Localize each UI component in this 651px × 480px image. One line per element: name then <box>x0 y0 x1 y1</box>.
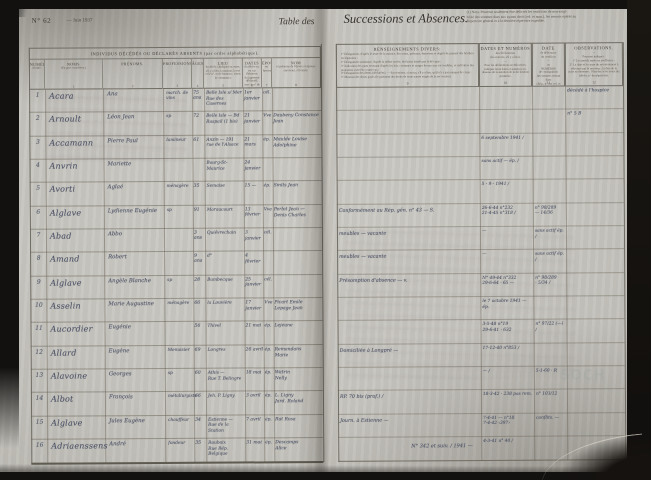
cell-firstnames: Robert <box>108 254 164 260</box>
scanner-bed-left <box>0 0 19 448</box>
page-title: Successions et Absences. <box>344 11 468 27</box>
cell-surname: Alavoine <box>51 371 105 380</box>
cell-age: 35 <box>194 184 206 189</box>
printed-nota: (1) Nota. Pourront seulement être délivr… <box>467 9 624 24</box>
scan-viewport: N° 62 — Juin 1937 Table des Successions … <box>0 0 651 480</box>
cell-death-place: Bourg-St-Maurice <box>207 161 244 172</box>
cell-remarks-extra <box>409 93 529 94</box>
cell-age: 75 ans <box>193 91 205 101</box>
cell-spouse-name: Picart Emile Lepage Jean <box>274 300 322 312</box>
cell-remarks: meubles — vacante <box>339 231 475 237</box>
sheet-content: N° 62 — Juin 1937 Table des Successions … <box>0 0 651 480</box>
cell-spouse-status: ép. <box>265 417 275 422</box>
table-body: 1 Acara Ana march. de vins 75 ans Belle … <box>29 86 625 463</box>
cell-surname: Alglave <box>51 418 105 427</box>
cell-death-date: 7 avril <box>246 417 264 423</box>
cell-declaration-dates: 5 - 9 - 1941 ∕ <box>482 182 532 188</box>
cell-remarks <box>339 184 475 185</box>
cell-surname: Accamann <box>49 138 103 147</box>
cell-remarks <box>338 138 474 139</box>
cell-ordinal: 16 <box>32 442 47 449</box>
cell-spouse-name: Remandans Marie <box>275 347 323 359</box>
column-subtext: (En gros caractères.) <box>45 66 102 70</box>
column-header: NOM et prénoms de l'époux ou épouse surv… <box>272 58 320 88</box>
bleed-through-text: SOCH <box>561 368 606 383</box>
cell-death-place: Bambecque <box>207 277 244 283</box>
cell-ordinal: 8 <box>31 255 46 262</box>
cell-declaration-dates: 18-3-42 · 238 pas rem. <box>483 392 533 398</box>
cell-death-date: 1er janvier <box>244 90 262 101</box>
cell-spouse-status: Vve <box>264 300 274 305</box>
column-footnote: 4 <box>192 84 203 88</box>
cell-ordinal: 11 <box>32 325 47 332</box>
cell-firstnames: Eugène <box>109 348 165 354</box>
cell-age: 56 <box>195 324 207 329</box>
cell-death-place: d° <box>207 254 244 260</box>
cell-profession: sp <box>168 371 194 377</box>
column-header: LIEU du décès. (Indiquer en outre, s'il … <box>204 59 243 89</box>
cell-firstnames: Eugénie <box>109 324 165 330</box>
cell-profession: lamineur <box>166 137 192 143</box>
cell-death-date: 17 janvier <box>245 300 263 311</box>
column-subtext: et prénoms de l'époux ou épouse survivan… <box>272 65 320 72</box>
cell-death-date: 26 avril <box>246 347 264 353</box>
column-label: PRÉNOMS. <box>103 61 162 66</box>
cell-age: 66 <box>194 301 206 306</box>
cell-spouse-status: ép. <box>263 137 273 142</box>
cell-age: 34 <box>195 418 207 423</box>
cell-death-date: 3 avril <box>246 394 264 400</box>
cell-death-date: 21 mai <box>246 324 264 330</box>
cell-death-place: Anzin — 191 rue de l'Alsace <box>206 137 243 148</box>
cell-death-date: 3 janvier <box>245 230 263 241</box>
left-column-headers: NUMÉRO d'ordre. NOMS (En gros caractères… <box>30 58 320 90</box>
cell-firstnames: Pierre Paul <box>107 138 163 144</box>
cell-ordinal: 3 <box>30 138 45 145</box>
column-label: ÂGES. <box>192 61 203 66</box>
cell-death-date: 31 mai <box>246 441 264 447</box>
column-label: PROFESSIONS. <box>163 61 191 66</box>
cell-surname: Alglave <box>50 208 104 217</box>
cell-certificate-date: conflits. — <box>536 415 566 421</box>
cell-age: 72 <box>193 114 205 119</box>
cell-remarks: Journ. à Estienne — <box>340 418 476 424</box>
cell-certificate-date: n° 98∕289 · 5∕34 ∕ <box>535 275 565 286</box>
cell-profession: ménagère <box>167 301 193 307</box>
cell-spouse-name: Perlot Jean — Denis Charles <box>274 207 322 219</box>
cell-certificate-date: n° 97∕22 (—) ∕ <box>536 322 566 333</box>
cell-death-place: Jeh. P. Ligny <box>208 394 245 400</box>
cell-observations: décédé à l'hospice <box>567 88 621 93</box>
cell-remarks: meubles — vacante <box>339 254 475 260</box>
cell-declaration-dates: — ∕ <box>483 369 533 375</box>
cell-firstnames: François <box>109 394 165 400</box>
cell-death-place: Longres <box>208 347 245 353</box>
cell-profession: fondeur <box>168 441 194 447</box>
cell-surname: Adriaenssens <box>51 442 105 451</box>
cell-ordinal: 13 <box>32 372 47 379</box>
column-footnote: 6 <box>243 83 261 87</box>
column-subtext: des déclarations (les renvois, s'il y a … <box>480 51 531 81</box>
cell-death-date: 15 — <box>245 184 263 190</box>
document-number: N° 62 <box>32 17 52 25</box>
cell-declaration-dates: sans actif — ép. ∕ <box>482 159 532 165</box>
cell-age: 60 <box>195 371 207 376</box>
cell-profession: ménagère <box>167 184 193 190</box>
cell-ordinal: 10 <box>31 302 46 309</box>
cell-spouse-name: Smits Jean <box>274 183 322 189</box>
column-footnote: 2 <box>103 84 162 88</box>
cell-profession: sp <box>167 278 193 284</box>
cell-profession: Menuisier <box>168 348 194 354</box>
cell-firstnames: Aglaé <box>108 184 164 190</box>
cell-remarks <box>340 441 476 442</box>
cell-death-place: Belle Isle s/ Mer Rue des Casernes <box>206 91 243 108</box>
cell-remarks <box>338 114 474 115</box>
cell-firstnames: Mariette <box>108 161 164 167</box>
cell-profession: métallurgiste <box>168 394 194 400</box>
header-renseignements: RENSEIGNEMENTS DIVERS: 1° Désignation, d… <box>336 43 479 88</box>
cell-age: 9 ans <box>194 254 206 264</box>
cell-declaration-dates: — <box>482 252 532 258</box>
cell-ordinal: 14 <box>32 395 47 402</box>
cell-death-date: 24 janvier <box>245 160 263 171</box>
column-subtext: ou épouse. <box>262 65 271 72</box>
cell-spouse-status: ép. <box>264 184 274 189</box>
cell-profession: chauffeur <box>168 418 194 424</box>
cell-declaration-dates: 26-6-44 n°232 21-4-45 n°318 ∕ <box>482 205 532 216</box>
cell-firstnames: Marie Augustine <box>108 301 164 307</box>
cell-ordinal: 6 <box>31 208 46 215</box>
scanner-bed-right <box>627 0 651 480</box>
cell-spouse-status: cél. <box>264 230 274 235</box>
cell-ordinal: 1 <box>30 92 45 99</box>
cell-declaration-dates: 7-4-41 — n°18 7-4-42 ‹397› <box>483 416 533 427</box>
cell-remarks <box>339 301 475 302</box>
cell-age: 69 <box>195 348 207 353</box>
page-corner-shadow <box>0 9 36 17</box>
cell-remarks <box>339 161 475 162</box>
cell-death-date: 13 février <box>245 207 263 218</box>
cell-spouse-status: ép. <box>265 440 275 445</box>
column-subtext: d'ordre. <box>30 67 44 71</box>
cell-surname: Allard <box>51 348 105 357</box>
cell-ordinal: 7 <box>31 232 46 239</box>
cell-declaration-dates: le 7 octobre 1941 — ép. <box>482 299 532 310</box>
cell-age: 91 <box>194 207 206 212</box>
cell-firstnames: Georges <box>109 371 165 377</box>
cell-firstnames: Jules Eugène <box>109 418 165 424</box>
header-date-certificat: DATE de délivrance du certificat — ou NU… <box>532 43 565 87</box>
cell-surname: Abad <box>50 231 104 240</box>
cell-remarks: Conformément au Rép. gén. n° 43 — S. <box>339 208 475 214</box>
cell-spouse-name: Rat Rosa <box>275 417 323 423</box>
page-title-left: Table des <box>279 17 315 27</box>
cell-death-date: 25 janvier <box>245 277 263 288</box>
cell-death-place: Thivel <box>208 324 245 330</box>
column-footnote: 1 <box>45 84 102 88</box>
column-header: PRÉNOMS. 2 <box>103 59 163 89</box>
cell-ordinal: 9 <box>31 278 46 285</box>
cell-remarks: Domiciliée à Longpré — <box>340 348 476 354</box>
cell-surname: Asselin <box>50 301 104 310</box>
column-footnote: 3 <box>163 84 191 88</box>
cell-declaration-dates: — <box>482 229 532 235</box>
cell-surname: Amand <box>50 255 104 264</box>
cell-certificate-date: sans actif ép. ∕ <box>535 252 565 263</box>
cell-spouse-status: Vve <box>263 114 273 119</box>
cell-profession: sp <box>167 208 193 214</box>
cell-remarks <box>338 91 474 92</box>
left-table-header: INDIVIDUS DÉCÉDÉS OU DÉCLARÉS ABSENTS (p… <box>29 46 321 90</box>
cell-surname: Alglave <box>50 278 104 287</box>
column-footnote: 5 <box>204 84 242 88</box>
cell-firstnames: Ana <box>107 91 163 97</box>
cell-spouse-name: Watrin Nelly <box>275 370 323 382</box>
cell-death-place: Quiévrechain <box>207 231 244 237</box>
column-footnote: 9 <box>337 81 478 86</box>
scanner-bed-top <box>0 0 651 9</box>
column-subtext: du décès. (Indiquer en outre, s'il y a l… <box>204 66 242 81</box>
cell-death-place: Maraucourt <box>207 207 244 213</box>
column-footnote: 8 <box>272 83 320 87</box>
cell-ordinal: 4 <box>31 162 46 169</box>
column-footnote: 11 <box>533 81 564 85</box>
cell-remarks: RP. 70 bis (prof.) ∕ <box>340 395 476 401</box>
cell-certificate-date: n° 98∕289 — 14∕36 <box>535 205 565 216</box>
cell-spouse-name: Maulde Louise Adolphine <box>273 137 321 149</box>
cell-death-place: Semaise <box>207 184 244 190</box>
column-subtext: 1° Désignation, d'après le texte de la m… <box>337 51 478 81</box>
cell-ordinal: 5 <box>31 185 46 192</box>
cell-certificate-date: n° 103∕12 <box>536 392 566 398</box>
cell-remarks: Présomption d'absence — v. <box>339 278 475 284</box>
cell-death-date: 4 février <box>245 254 263 265</box>
cell-surname: Arnoult <box>49 115 103 124</box>
cell-firstnames: André <box>109 441 165 447</box>
cell-ordinal: 12 <box>32 348 47 355</box>
cell-certificate-date: sans actif ép. ∕ <box>535 229 565 240</box>
cell-death-place: Estienne — Rue de la Station <box>208 417 245 434</box>
cell-age: 66 <box>195 394 207 399</box>
header-dates-numeros: DATES ET NUMÉROS des déclarations (les r… <box>479 43 532 87</box>
cell-spouse-status: cél. <box>263 90 273 95</box>
cell-spouse-name: Lejeune <box>275 323 323 329</box>
cell-spouse-status: cél. <box>264 277 274 282</box>
cell-spouse-status: ép. <box>265 324 275 329</box>
column-header: ÉPOUX ou épouse. 7 <box>262 58 272 88</box>
column-footnote: 10 <box>480 81 531 85</box>
cell-death-date: 18 mai <box>246 371 264 377</box>
column-header: DATES du décès ou, en cas d'absence, du … <box>243 58 262 88</box>
cell-surname: Aucordier <box>51 325 105 334</box>
cell-profession: sp <box>166 114 192 120</box>
cell-firstnames: Abbo <box>108 231 164 237</box>
cell-spouse-status: ép. <box>265 394 275 399</box>
cell-death-place: Belle Isle — Bd Raspail (1 bis) <box>206 114 243 125</box>
cell-spouse-name: Descamps Alice <box>275 440 323 452</box>
cell-declaration-dates: N° 49-44 n°332 29-6-64 · 65 — <box>482 275 532 286</box>
cell-profession: march. de vins <box>166 91 192 102</box>
cell-age: 61 <box>193 137 205 142</box>
column-footnote: 7 <box>262 83 271 87</box>
column-header: NOMS (En gros caractères.) 1 <box>45 59 103 89</box>
document-period: — Juin 1937 <box>67 18 93 23</box>
column-subtext: — Pourront indiquer : 1° Les motifs rest… <box>566 50 622 80</box>
cell-spouse-name: Daubeny Constance Jean <box>273 113 321 125</box>
cell-age: 3 ans <box>194 231 206 241</box>
cell-age: 35 <box>195 441 207 446</box>
cell-firstnames: Léon Jean <box>107 114 163 120</box>
column-header: NUMÉRO d'ordre. <box>30 60 45 90</box>
cell-surname: Acara <box>49 91 103 100</box>
cell-surname: Albot <box>51 395 105 404</box>
cell-remarks <box>340 325 476 326</box>
cell-death-date: 21 mars <box>244 137 262 148</box>
cell-spouse-name: L. Ligny Jard. Roland <box>275 393 323 405</box>
cell-remarks <box>340 371 476 372</box>
cell-firstnames: Lydienne Eugénie <box>108 208 164 214</box>
cell-declaration-dates: 17-12-40 n°853 ∕ <box>483 346 533 352</box>
cell-firstnames: Angèle Blanche <box>108 278 164 284</box>
register-sheet: N° 62 — Juin 1937 Table des Successions … <box>0 0 651 480</box>
cell-declaration-dates: 6 septembre 1941 ∕ <box>481 135 531 141</box>
cell-remarks-extra <box>409 116 529 117</box>
cell-death-date: 21 janvier <box>244 114 262 125</box>
cell-death-place: la Louvière <box>207 301 244 307</box>
column-footnote: 12 <box>566 80 622 84</box>
column-header: PROFESSIONS. 3 <box>163 59 192 89</box>
header-observations: OBSERVATIONS. — Pourront indiquer : 1° L… <box>565 42 623 86</box>
cell-surname: Avorti <box>50 185 104 194</box>
cell-spouse-status: Vve <box>264 207 274 212</box>
cell-spouse-status: ép. <box>265 347 275 352</box>
cell-ordinal: 15 <box>32 419 47 426</box>
column-header: ÂGES. 4 <box>192 59 204 89</box>
cell-observations: n° 5 B <box>567 112 621 117</box>
cell-surname: Anvrin <box>50 161 104 170</box>
cell-age: 28 <box>194 277 206 282</box>
cell-ordinal: 2 <box>30 115 45 122</box>
cell-death-place: Athis — Rue T. Belingre <box>208 371 245 382</box>
cell-spouse-status: ép. <box>265 370 275 375</box>
cell-declaration-dates: 3-5-48 n°19 29-6-41 · 632 <box>483 322 533 333</box>
cell-death-place: Roubaix Rue Rép. Belgique <box>208 441 245 458</box>
